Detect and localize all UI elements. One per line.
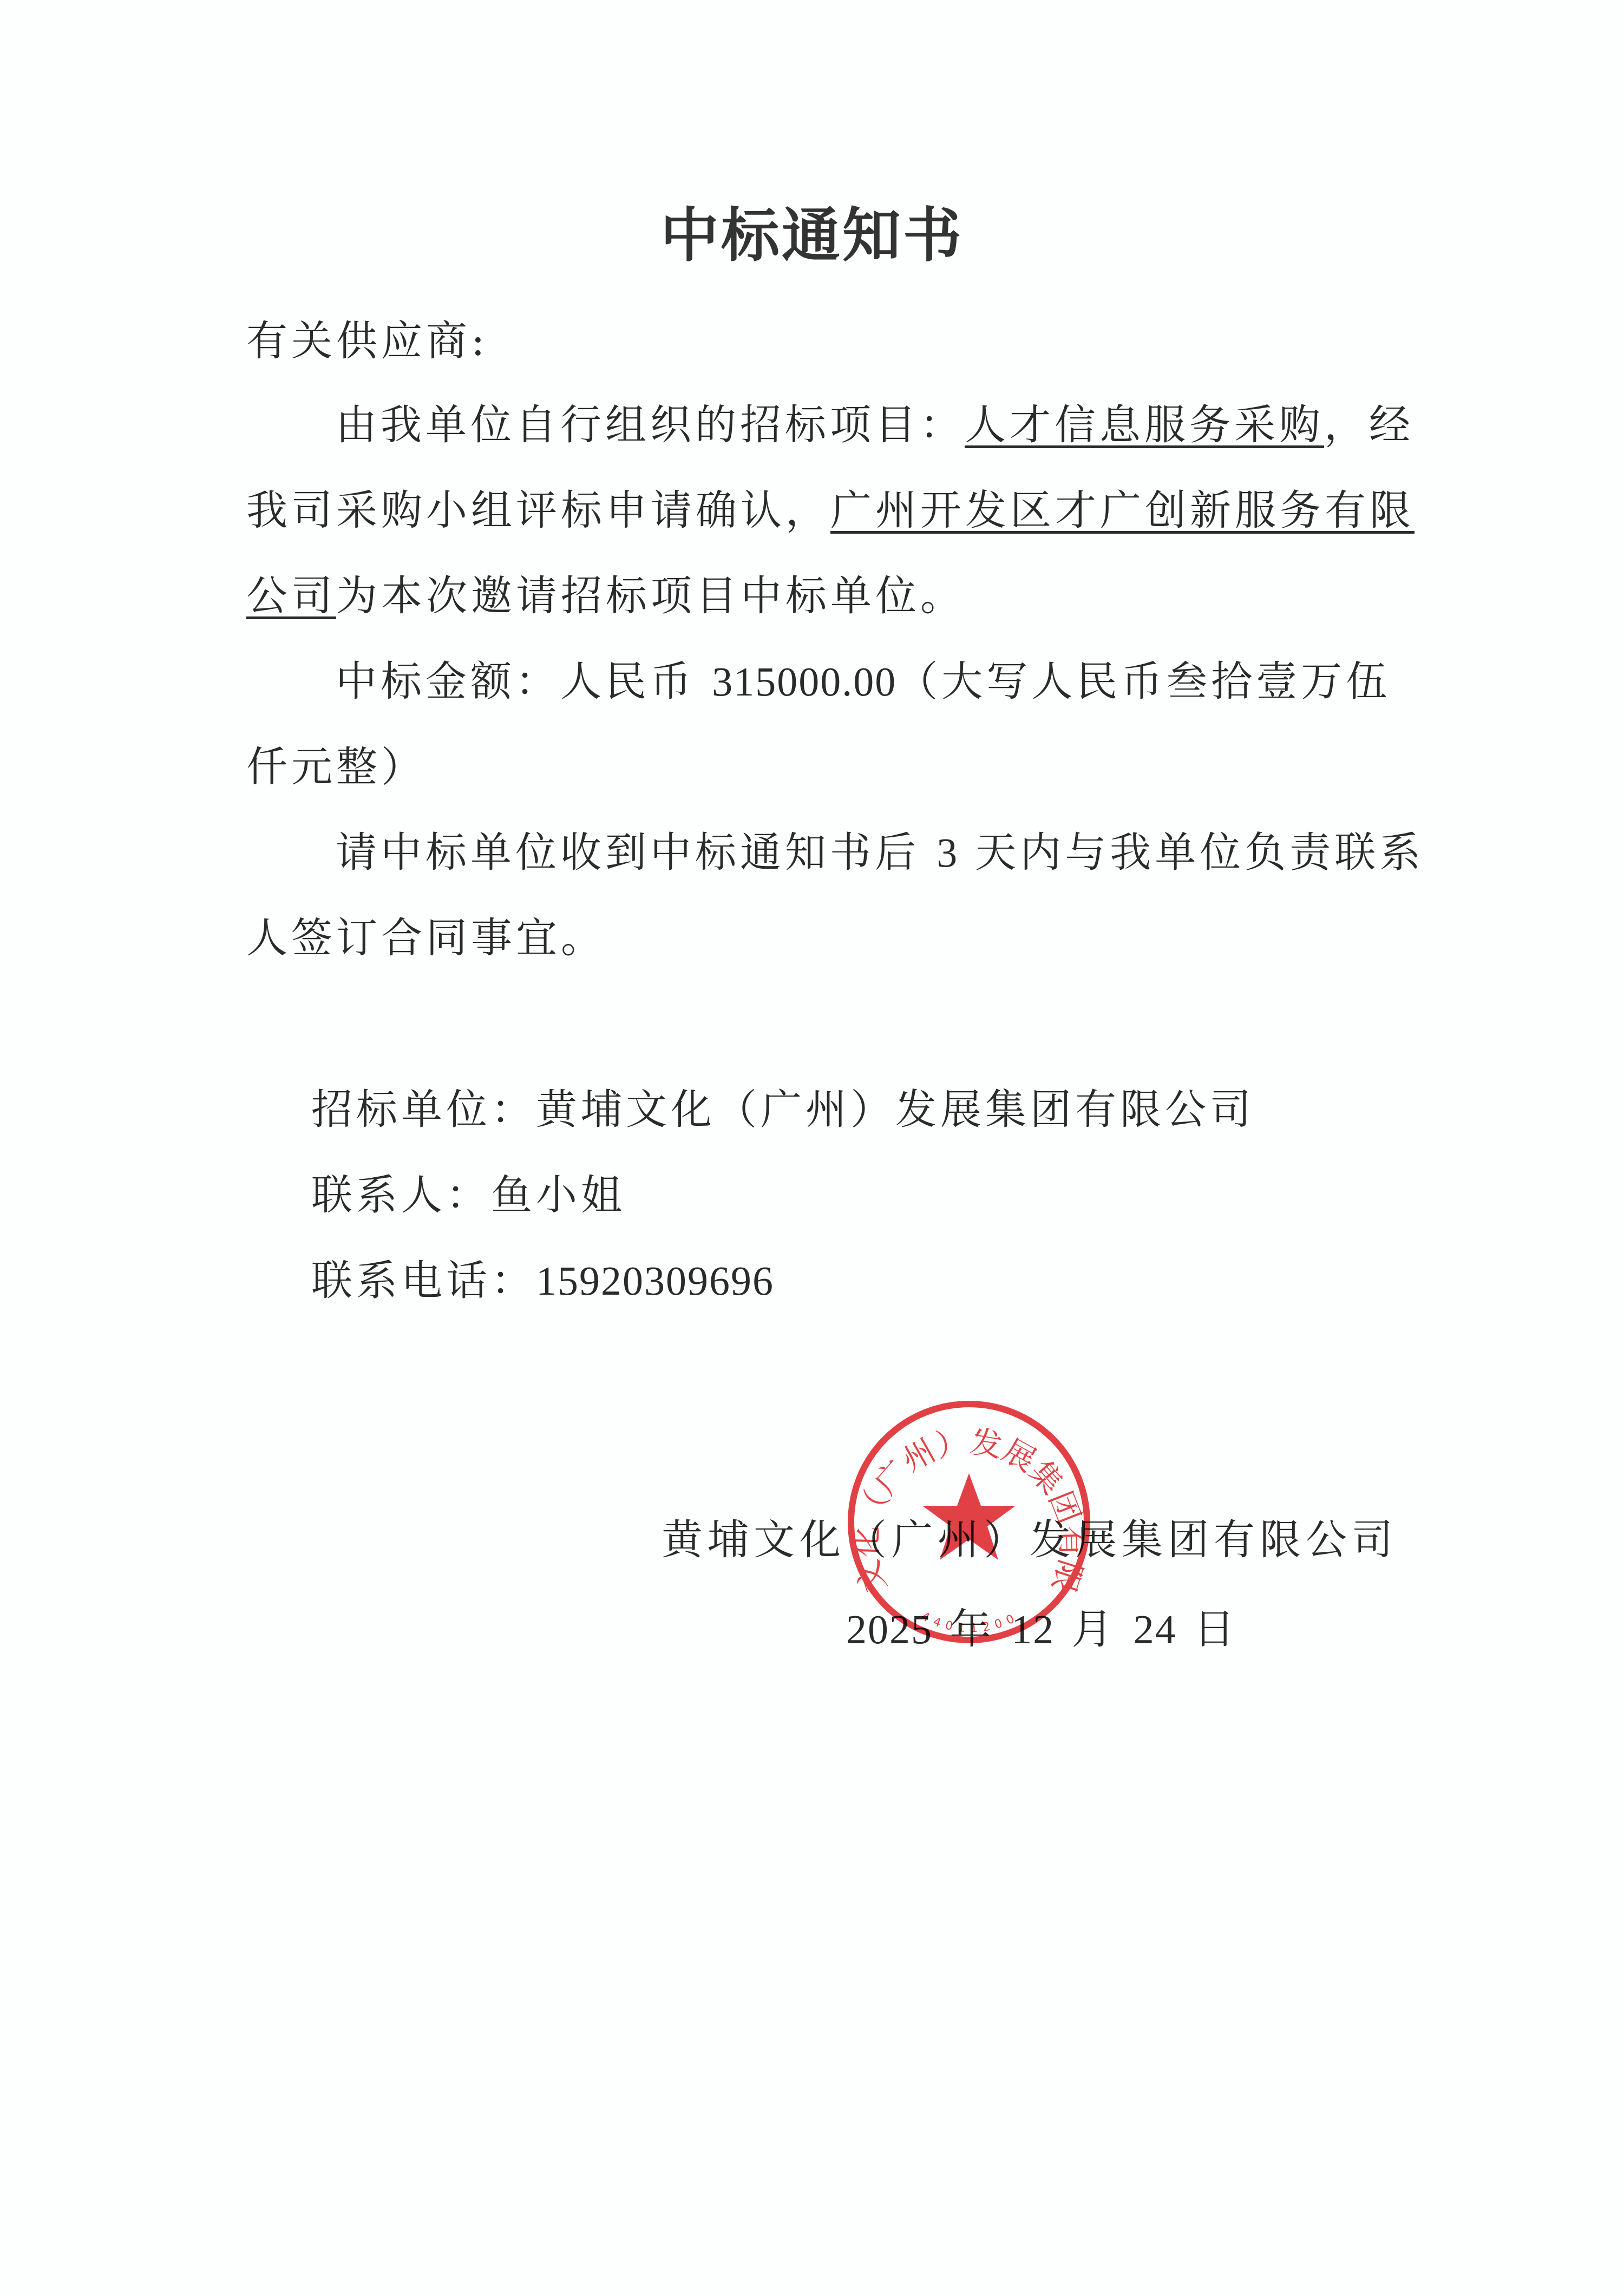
paragraph2-line1: 中标金额：人民币 315000.00（大写人民币叁拾壹万伍 xyxy=(336,657,1391,706)
signature-date: 2025 年 12 月 24 日 xyxy=(846,1605,1239,1654)
date-day-unit: 日 xyxy=(1194,1605,1239,1653)
paragraph1-line1: 由我单位自行组织的招标项目：人才信息服务采购，经 xyxy=(336,401,1414,449)
project-name: 人才信息服务采购 xyxy=(965,401,1324,449)
date-day: 24 xyxy=(1134,1607,1177,1652)
issuer-name: 黄埔文化（广州）发展集团有限公司 xyxy=(536,1085,1255,1133)
paragraph1-line3: 公司为本次邀请招标项目中标单位。 xyxy=(246,572,965,620)
paragraph1-line2-prefix: 我司采购小组评标申请确认， xyxy=(246,486,830,534)
paragraph1-intro: 由我单位自行组织的招标项目： xyxy=(336,401,965,449)
deadline-days: 3 xyxy=(937,830,958,876)
paragraph3-line2: 人签订合同事宜。 xyxy=(246,914,606,962)
date-month: 12 xyxy=(1011,1607,1055,1652)
date-year: 2025 xyxy=(846,1607,933,1652)
issuer-label: 招标单位： xyxy=(311,1085,536,1133)
contact-phone-label: 联系电话： xyxy=(311,1256,536,1304)
signature-org-name: 黄埔文化（广州）发展集团有限公司 xyxy=(662,1516,1398,1564)
contact-person-name: 鱼小姐 xyxy=(491,1171,626,1219)
paragraph3-line1: 请中标单位收到中标通知书后 3 天内与我单位负责联系 xyxy=(336,828,1424,877)
salutation: 有关供应商: xyxy=(246,317,489,365)
contact-phone: 15920309696 xyxy=(536,1258,774,1304)
paragraph2-line2: 仟元整） xyxy=(246,743,426,791)
paragraph1-line2: 我司采购小组评标申请确认，广州开发区才广创新服务有限 xyxy=(246,486,1415,535)
paragraph1-line1-suffix: ，经 xyxy=(1324,401,1414,449)
paragraph3-prefix: 请中标单位收到中标通知书后 xyxy=(336,828,937,876)
issuer-row: 招标单位：黄埔文化（广州）发展集团有限公司 xyxy=(311,1085,1255,1134)
contact-phone-row: 联系电话：15920309696 xyxy=(311,1256,774,1306)
document-page: 中标通知书 有关供应商: 由我单位自行组织的招标项目：人才信息服务采购，经 我司… xyxy=(0,0,1624,2296)
amount-label: 中标金额：人民币 xyxy=(336,657,712,705)
date-month-unit: 月 xyxy=(1072,1605,1117,1653)
amount-in-words: （大写人民币叁拾壹万伍 xyxy=(896,657,1391,705)
document-title: 中标通知书 xyxy=(0,203,1624,268)
winning-bidder-name-cont: 公司 xyxy=(246,572,336,620)
contact-person-row: 联系人：鱼小姐 xyxy=(311,1171,626,1219)
date-year-unit: 年 xyxy=(949,1605,994,1653)
winning-bidder-name: 广州开发区才广创新服务有限 xyxy=(830,486,1415,534)
paragraph3-suffix: 天内与我单位负责联系 xyxy=(958,828,1424,876)
paragraph1-line3-suffix: 为本次邀请招标项目中标单位。 xyxy=(336,572,965,620)
award-amount: 315000.00 xyxy=(712,659,896,705)
contact-person-label: 联系人： xyxy=(311,1171,491,1219)
seal-arc-text: 黄埔文化（广州）发展集团有限公司 xyxy=(844,1398,1091,1597)
